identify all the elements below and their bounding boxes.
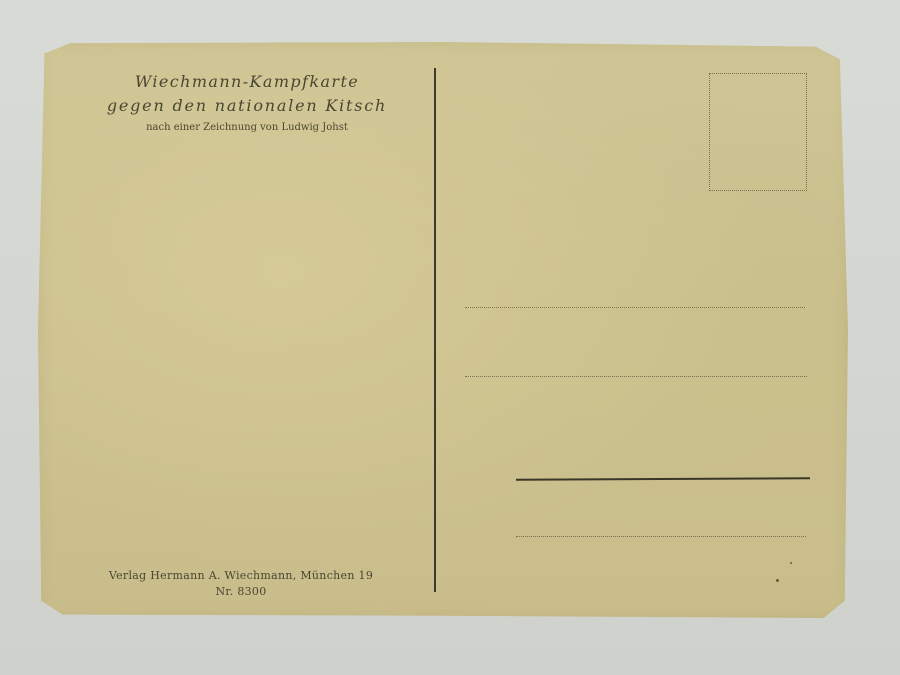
paper-speck	[790, 562, 792, 564]
catalog-number: Nr. 8300	[96, 584, 386, 600]
center-divider-line	[434, 68, 436, 592]
artist-credit: nach einer Zeichnung von Ludwig Johst	[96, 120, 398, 136]
address-line-1	[465, 307, 805, 308]
address-line-2	[465, 376, 807, 377]
postcard-title-line2: gegen den nationalen Kitsch	[96, 94, 398, 118]
title-block: Wiechmann-Kampfkarte gegen den nationale…	[96, 70, 398, 136]
publisher-info: Verlag Hermann A. Wiechmann, München 19 …	[96, 568, 386, 600]
postcard-title: Wiechmann-Kampfkarte	[96, 70, 398, 94]
address-line-3-solid	[516, 477, 810, 481]
postcard-back: Wiechmann-Kampfkarte gegen den nationale…	[38, 42, 848, 618]
publisher-line: Verlag Hermann A. Wiechmann, München 19	[96, 568, 386, 584]
stamp-box	[709, 73, 807, 191]
paper-speck	[776, 579, 779, 582]
address-line-4	[516, 536, 806, 537]
